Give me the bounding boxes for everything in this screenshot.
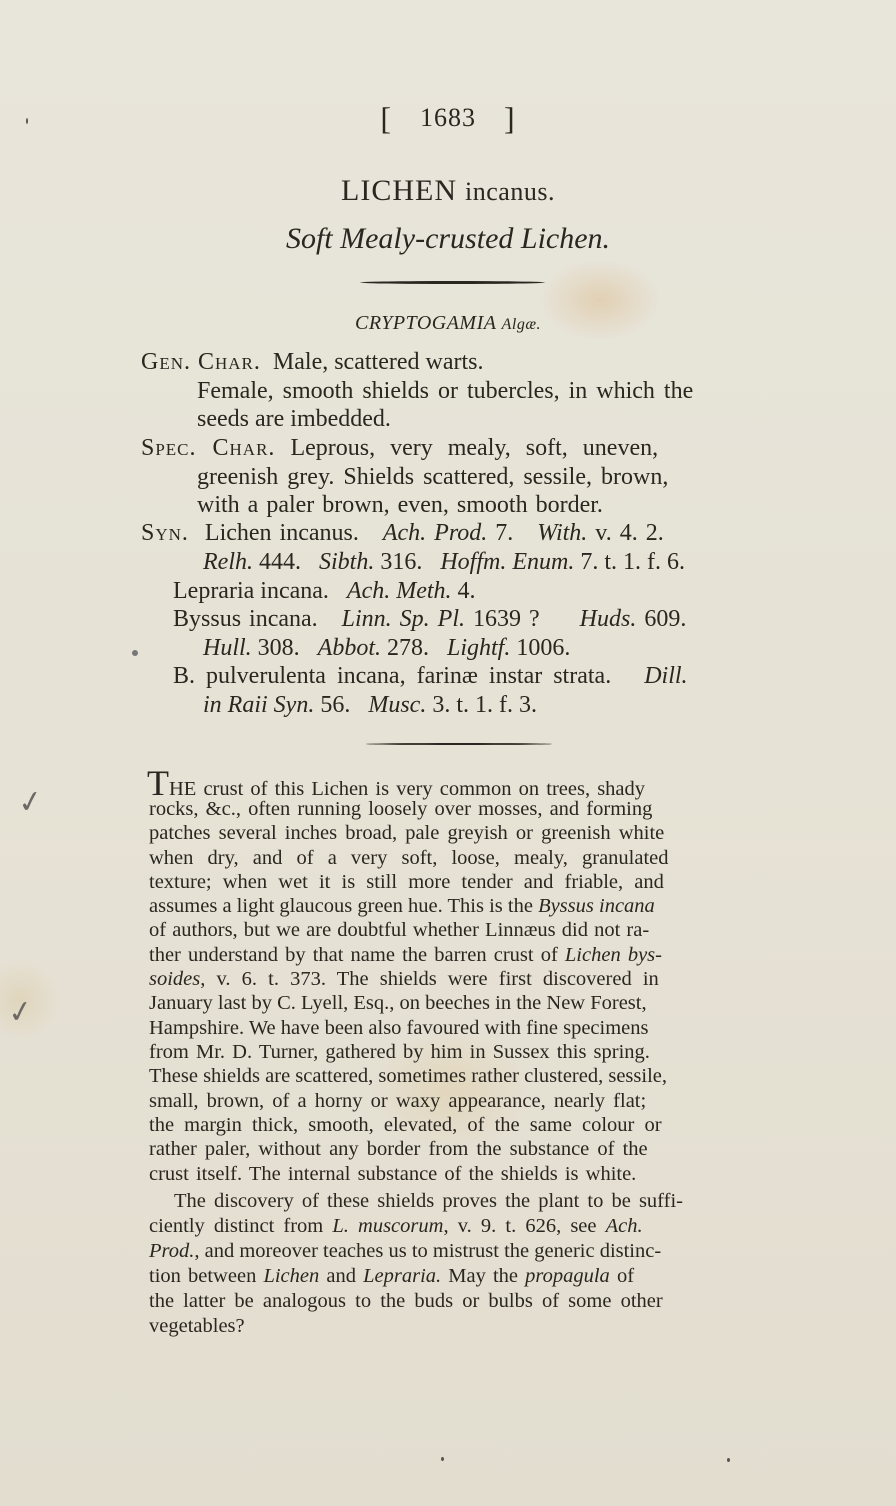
spec-char-label: Spec. Char. (141, 435, 275, 461)
genus-name: LICHEN (341, 174, 457, 207)
gen-char-line-2: Female, smooth shields or tubercles, in … (197, 377, 693, 406)
desc-line-11: Hampshire. We have been also favoured wi… (149, 1016, 649, 1040)
ornamental-rule-2 (366, 743, 552, 745)
syn-line-1: Syn. Lichen incanus. Ach. Prod. 7. With.… (141, 519, 664, 548)
paper-speck (727, 1458, 730, 1462)
open-bracket: [ (380, 100, 392, 137)
paper-speck (441, 1457, 444, 1461)
spec-char-line-3: with a paler brown, even, smooth border. (197, 491, 603, 520)
plate-number-value: 1683 (420, 103, 476, 132)
desc-line-10: January last by C. Lyell, Esq., on beech… (149, 991, 647, 1015)
gen-char-label: Gen. Char. (141, 349, 261, 375)
para2-line-6: vegetables? (149, 1314, 245, 1338)
para2-line-5: the latter be analogous to the buds or b… (149, 1289, 663, 1313)
spec-char-line-2: greenish grey. Shields scattered, sessil… (197, 463, 668, 492)
classification: CRYPTOGAMIA Algæ. (0, 312, 896, 335)
desc-line-16: rather paler, without any border from th… (149, 1137, 648, 1161)
class-name: CRYPTOGAMIA (355, 312, 496, 334)
common-name: Soft Mealy-crusted Lichen. (0, 222, 896, 256)
desc-line-12: from Mr. D. Turner, gathered by him in S… (149, 1040, 650, 1064)
plate-number: [1683] (0, 100, 896, 137)
paper-speck (132, 650, 138, 656)
gen-char-line-3: seeds are imbedded. (197, 405, 391, 434)
desc-line-4: when dry, and of a very soft, loose, mea… (149, 846, 669, 870)
spec-char-line-1: Spec. Char. Leprous, very mealy, soft, u… (141, 434, 658, 463)
syn-line-6: B. pulverulenta incana, farinæ instar st… (173, 662, 688, 691)
desc-line-3: patches several inches broad, pale greyi… (149, 821, 664, 845)
desc-line-2: rocks, &c., often running loosely over m… (149, 797, 652, 821)
syn-line-4: Byssus incana. Linn. Sp. Pl. 1639 ? Huds… (173, 605, 686, 634)
desc-line-17: crust itself. The internal substance of … (149, 1162, 636, 1186)
desc-line-6: assumes a light glaucous green hue. This… (149, 894, 655, 918)
syn-label: Syn. (141, 520, 189, 546)
species-name: incanus. (465, 177, 555, 206)
book-page: [1683] LICHEN incanus. Soft Mealy-cruste… (0, 0, 896, 1506)
pencil-check-mark: ✓ (5, 993, 36, 1032)
syn-line-3: Lepraria incana. Ach. Meth. 4. (173, 577, 476, 606)
syn-line-2: Relh. 444. Sibth. 316. Hoffm. Enum. 7. t… (203, 548, 685, 577)
close-bracket: ] (504, 100, 516, 137)
desc-line-5: texture; when wet it is still more tende… (149, 870, 664, 894)
desc-line-15: the margin thick, smooth, elevated, of t… (149, 1113, 662, 1137)
para2-line-2: ciently distinct from L. muscorum, v. 9.… (149, 1214, 643, 1238)
syn-line-5: Hull. 308. Abbot. 278. Lightf. 1006. (203, 634, 570, 663)
para2-line-1: The discovery of these shields proves th… (174, 1189, 683, 1213)
pencil-check-mark: ✓ (15, 783, 46, 822)
ornamental-rule (360, 281, 545, 284)
species-title: LICHEN incanus. (0, 174, 896, 208)
desc-line-9: soides, v. 6. t. 373. The shields were f… (149, 967, 659, 991)
desc-line-13: These shields are scattered, sometimes r… (149, 1064, 667, 1088)
desc-line-14: small, brown, of a horny or waxy appeara… (149, 1089, 646, 1113)
desc-line-8: ther understand by that name the barren … (149, 943, 662, 967)
paper-speck (26, 118, 28, 124)
desc-line-7: of authors, but we are doubtful whether … (149, 918, 649, 942)
syn-line-7: in Raii Syn. 56. Musc. 3. t. 1. f. 3. (203, 691, 537, 720)
order-name: Algæ. (502, 316, 541, 333)
gen-char-line-1: Gen. Char. Male, scattered warts. (141, 348, 483, 377)
para2-line-4: tion between Lichen and Lepraria. May th… (149, 1264, 634, 1288)
para2-line-3: Prod., and moreover teaches us to mistru… (149, 1239, 661, 1263)
